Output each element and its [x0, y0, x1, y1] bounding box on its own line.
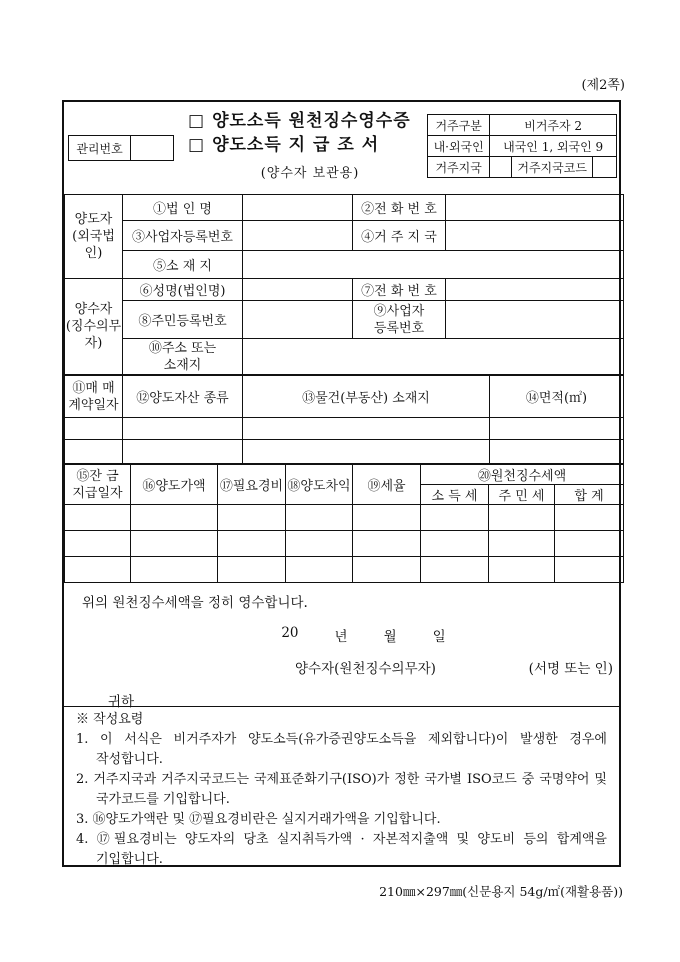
transferor-location-value — [243, 251, 624, 279]
group-label-transferee: 양수자 (징수의무자) — [65, 279, 123, 375]
table-row: 거주구분 비거주자 2 — [428, 115, 617, 136]
form-title-statement: □양도소득 지 급 조 서 — [188, 133, 432, 157]
area-cell — [490, 440, 624, 464]
transfer-gain-cell — [286, 557, 353, 583]
transfer-value-cell — [131, 505, 218, 531]
form-title-receipt-text: 양도소득 원천징수영수증 — [212, 111, 411, 131]
date-month-label: 월 — [384, 625, 397, 645]
checkbox-icon: □ — [188, 135, 205, 155]
resident-tax-cell — [489, 531, 555, 557]
asset-type-cell — [123, 440, 243, 464]
resident-tax-header: 주 민 세 — [489, 485, 555, 505]
table-row: ⑧주민등록번호 ⑨사업자 등록번호 — [65, 301, 624, 339]
transferee-name-value — [243, 279, 353, 301]
table-row — [65, 557, 624, 583]
form-header: 관리번호 □양도소득 원천징수영수증 □양도소득 지 급 조 서 (양수자 보관… — [64, 102, 619, 194]
asset-type-cell — [123, 418, 243, 440]
transferee-resident-no-value — [243, 301, 353, 339]
necessary-expenses-cell — [218, 505, 286, 531]
date-year-label: 년 — [335, 625, 348, 645]
contract-date-header: ⑪매 매 계약일자 — [65, 376, 123, 418]
instruction-item: 1. 이 서식은 비거주자가 양도소득(유가증권양도소득을 제외합니다)이 발생… — [76, 730, 607, 770]
contract-date-cell — [65, 440, 123, 464]
asset-type-header: ⑫양도자산 종류 — [123, 376, 243, 418]
transferor-residence-country-value — [446, 221, 624, 251]
receipt-statement: 위의 원천징수세액을 정히 영수합니다. 20 년 월 일 양수자(원천징수의무… — [64, 583, 619, 706]
transferee-phone-value — [446, 279, 624, 301]
income-tax-cell — [421, 505, 489, 531]
transfer-gain-header: ⑱양도차익 — [286, 465, 353, 505]
tax-rate-cell — [353, 531, 421, 557]
table-row — [65, 505, 624, 531]
total-tax-cell — [555, 505, 624, 531]
resident-tax-cell — [489, 505, 555, 531]
area-cell — [490, 418, 624, 440]
date-day-label: 일 — [433, 625, 446, 645]
form-subtitle: (양수자 보관용) — [188, 162, 432, 181]
page-number-note: (제2쪽) — [581, 74, 625, 93]
property-location-cell — [243, 418, 490, 440]
transferee-name-label: ⑥성명(법인명) — [123, 279, 243, 301]
management-number-value — [130, 135, 174, 161]
total-tax-header: 합 계 — [555, 485, 624, 505]
date-year-prefix: 20 — [281, 625, 298, 645]
filling-instructions: ※ 작성요령 1. 이 서식은 비거주자가 양도소득(유가증권양도소득을 제외합… — [64, 706, 619, 870]
income-tax-header: 소 득 세 — [421, 485, 489, 505]
transferor-business-no-value — [243, 221, 353, 251]
transferor-business-no-label: ③사업자등록번호 — [123, 221, 243, 251]
tax-rate-cell — [353, 557, 421, 583]
table-row: ⑤소 재 지 — [65, 251, 624, 279]
table-row: 내·외국인 내국인 1, 외국인 9 — [428, 136, 617, 157]
balance-date-cell — [65, 557, 131, 583]
necessary-expenses-cell — [218, 531, 286, 557]
signer-label: 양수자(원천징수의무자) — [295, 657, 436, 677]
recipient-label: 귀하 — [108, 690, 134, 710]
table-row: 양수자 (징수의무자) ⑥성명(법인명) ⑦전 화 번 호 — [65, 279, 624, 301]
total-tax-cell — [555, 557, 624, 583]
date-line: 20 년 월 일 — [86, 625, 641, 645]
tax-rate-cell — [353, 505, 421, 531]
transferee-phone-label: ⑦전 화 번 호 — [353, 279, 446, 301]
form-title-receipt: □양도소득 원천징수영수증 — [188, 109, 432, 133]
income-tax-cell — [421, 557, 489, 583]
transferee-business-no-value — [446, 301, 624, 339]
transferor-phone-value — [446, 195, 624, 221]
group-label-transferor: 양도자 (외국법인) — [65, 195, 123, 279]
residence-country-label: 거주지국 — [428, 157, 490, 178]
table-row: ③사업자등록번호 ④거 주 지 국 — [65, 221, 624, 251]
table-row — [65, 418, 624, 440]
necessary-expenses-cell — [218, 557, 286, 583]
table-row — [65, 440, 624, 464]
residence-type-value: 비거주자 2 — [490, 115, 617, 136]
area-header: ⑭면적(㎡) — [490, 376, 624, 418]
transfer-gain-cell — [286, 505, 353, 531]
transferee-business-no-label: ⑨사업자 등록번호 — [353, 301, 446, 339]
transferee-resident-no-label: ⑧주민등록번호 — [123, 301, 243, 339]
table-row — [65, 531, 624, 557]
tax-rate-header: ⑲세율 — [353, 465, 421, 505]
table-row: 양도자 (외국법인) ①법 인 명 ②전 화 번 호 — [65, 195, 624, 221]
residence-country-value — [490, 157, 512, 178]
transferor-residence-country-label: ④거 주 지 국 — [353, 221, 446, 251]
asset-table: ⑪매 매 계약일자 ⑫양도자산 종류 ⑬물건(부동산) 소재지 ⑭면적(㎡) — [64, 375, 624, 464]
instruction-item: 4. ⑰필요경비는 양도자의 당초 실지취득가액 · 자본적지출액 및 양도비 … — [76, 830, 607, 870]
transfer-value-cell — [131, 531, 218, 557]
nationality-value: 내국인 1, 외국인 9 — [490, 136, 617, 157]
transferee-address-label: ⑩주소 또는 소재지 — [123, 339, 243, 375]
table-row: ⑩주소 또는 소재지 — [65, 339, 624, 375]
total-tax-cell — [555, 531, 624, 557]
tax-table: ⑮잔 금 지급일자 ⑯양도가액 ⑰필요경비 ⑱양도차익 ⑲세율 ⑳원천징수세액 … — [64, 464, 624, 583]
balance-date-cell — [65, 531, 131, 557]
form-title-statement-text: 양도소득 지 급 조 서 — [212, 135, 379, 155]
table-row: 거주지국 거주지국코드 — [428, 157, 617, 178]
transfer-value-header: ⑯양도가액 — [131, 465, 218, 505]
transferor-location-label: ⑤소 재 지 — [123, 251, 243, 279]
table-header-row: ⑮잔 금 지급일자 ⑯양도가액 ⑰필요경비 ⑱양도차익 ⑲세율 ⑳원천징수세액 — [65, 465, 624, 485]
instruction-item: 2. 거주지국과 거주지국코드는 국제표준화기구(ISO)가 정한 국가별 IS… — [76, 770, 607, 810]
residence-table: 거주구분 비거주자 2 내·외국인 내국인 1, 외국인 9 거주지국 거주지국… — [427, 114, 617, 178]
table-header-row: ⑪매 매 계약일자 ⑫양도자산 종류 ⑬물건(부동산) 소재지 ⑭면적(㎡) — [65, 376, 624, 418]
property-location-header: ⑬물건(부동산) 소재지 — [243, 376, 490, 418]
balance-date-cell — [65, 505, 131, 531]
transfer-value-cell — [131, 557, 218, 583]
form-titles: □양도소득 원천징수영수증 □양도소득 지 급 조 서 (양수자 보관용) — [188, 109, 432, 181]
parties-table: 양도자 (외국법인) ①법 인 명 ②전 화 번 호 ③사업자등록번호 ④거 주… — [64, 194, 624, 375]
residence-type-label: 거주구분 — [428, 115, 490, 136]
transferor-phone-label: ②전 화 번 호 — [353, 195, 446, 221]
instruction-item: 3. ⑯양도가액란 및 ⑰필요경비란은 실지거래가액을 기입합니다. — [76, 810, 607, 830]
management-number-label: 관리번호 — [68, 135, 130, 161]
nationality-label: 내·외국인 — [428, 136, 490, 157]
form-page: (제2쪽) 관리번호 □양도소득 원천징수영수증 □양도소득 지 급 조 서 (… — [0, 0, 680, 962]
checkbox-icon: □ — [188, 111, 205, 131]
residence-country-code-value — [592, 157, 616, 178]
receipt-statement-text: 위의 원천징수세액을 정히 영수합니다. — [82, 591, 308, 611]
instructions-title: ※ 작성요령 — [76, 710, 607, 730]
residence-country-code-label: 거주지국코드 — [512, 157, 592, 178]
necessary-expenses-header: ⑰필요경비 — [218, 465, 286, 505]
corp-name-label: ①법 인 명 — [123, 195, 243, 221]
property-location-cell — [243, 440, 490, 464]
paper-spec-note: 210㎜×297㎜(신문용지 54g/㎡(재활용품)) — [379, 882, 623, 900]
balance-date-header: ⑮잔 금 지급일자 — [65, 465, 131, 505]
form-outer-box: 관리번호 □양도소득 원천징수영수증 □양도소득 지 급 조 서 (양수자 보관… — [62, 100, 621, 867]
corp-name-value — [243, 195, 353, 221]
contract-date-cell — [65, 418, 123, 440]
income-tax-cell — [421, 531, 489, 557]
management-number-box: 관리번호 — [68, 135, 174, 161]
withholding-tax-header: ⑳원천징수세액 — [421, 465, 624, 485]
resident-tax-cell — [489, 557, 555, 583]
transfer-gain-cell — [286, 531, 353, 557]
signature-or-seal-note: (서명 또는 인) — [529, 657, 613, 677]
transferee-address-value — [243, 339, 624, 375]
